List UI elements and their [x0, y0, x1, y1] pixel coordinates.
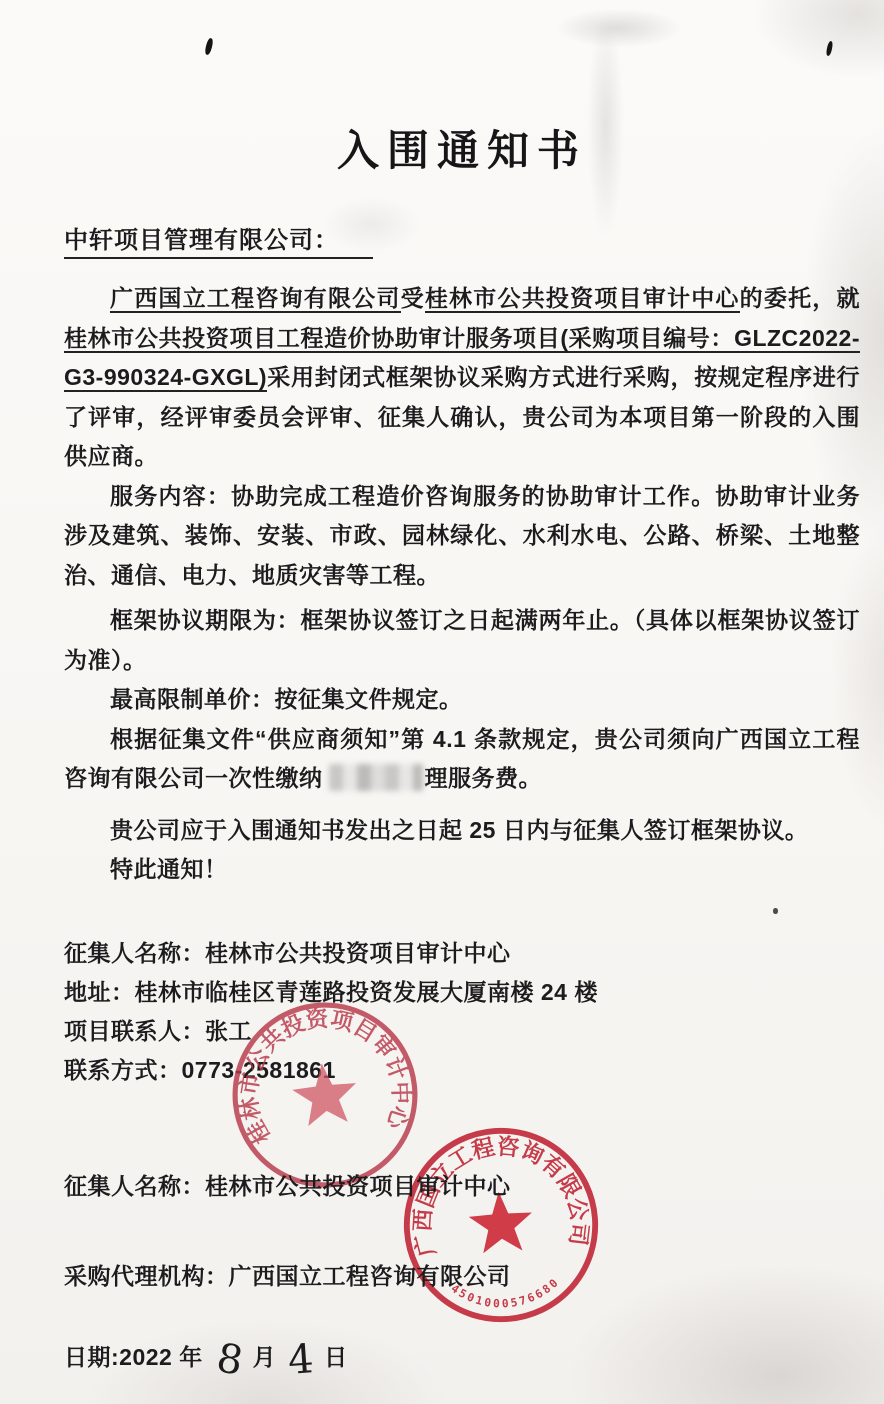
paragraph-service-scope: 服务内容：协助完成工程造价咨询服务的协助审计工作。协助审计业务涉及建筑、装饰、安…	[64, 477, 860, 596]
document-title: 入围通知书	[64, 118, 860, 178]
date-day-label: 日	[324, 1344, 348, 1370]
seal-star-icon	[290, 1060, 360, 1127]
paragraph-award: 广西国立工程咨询有限公司受桂林市公共投资项目审计中心的委托，就桂林市公共投资项目…	[64, 279, 860, 477]
paragraph-text: 理服务费。	[425, 765, 543, 791]
date-prefix: 日期:2022 年	[64, 1344, 203, 1370]
agency-name-underlined: 广西国立工程咨询有限公司	[110, 285, 401, 313]
paragraph-service-fee: 根据征集文件“供应商须知”第 4.1 条款规定，贵公司须向广西国立工程咨询有限公…	[64, 720, 860, 799]
document-body: 广西国立工程咨询有限公司受桂林市公共投资项目审计中心的委托，就桂林市公共投资项目…	[64, 279, 860, 890]
paragraph-price-limit: 最高限制单价：按征集文件规定。	[64, 680, 860, 720]
paragraph-sign-deadline: 贵公司应于入围通知书发出之日起 25 日内与征集人签订框架协议。	[64, 811, 860, 851]
contact-person-line: 项目联系人：张工	[64, 1012, 860, 1051]
paragraph-agreement-term: 框架协议期限为：框架协议签订之日起满两年止。（具体以框架协议签订为准）。	[64, 601, 860, 680]
collector-name-underlined: 桂林市公共投资项目审计中心	[425, 285, 740, 313]
recipient-company: 中轩项目管理有限公司：	[64, 227, 373, 259]
signature-collector-line: 征集人名称：桂林市公共投资项目审计中心	[64, 1168, 860, 1201]
contact-phone-line: 联系方式：0773-2581861	[64, 1051, 860, 1090]
paragraph-notice-close: 特此通知！	[64, 850, 860, 890]
redacted-amount-blur	[329, 764, 423, 791]
paragraph-text: 受	[401, 285, 425, 311]
signature-date-line: 日期:2022 年8月4日	[64, 1339, 860, 1372]
recipient-line: 中轩项目管理有限公司：	[64, 220, 860, 255]
handwritten-day-digit: 4	[288, 1349, 315, 1371]
scanned-notice-page: 入围通知书 中轩项目管理有限公司： 广西国立工程咨询有限公司受桂林市公共投资项目…	[0, 0, 884, 1404]
signature-agency-line: 采购代理机构：广西国立工程咨询有限公司	[64, 1258, 860, 1291]
paragraph-text: 的委托，就	[740, 285, 860, 311]
contact-address-line: 地址：桂林市临桂区青莲路投资发展大厦南楼 24 楼	[64, 973, 860, 1012]
contact-collector-line: 征集人名称：桂林市公共投资项目审计中心	[64, 934, 860, 973]
contact-block: 征集人名称：桂林市公共投资项目审计中心 地址：桂林市临桂区青莲路投资发展大厦南楼…	[64, 934, 860, 1090]
date-month-label: 月	[253, 1344, 277, 1370]
agency-official-seal: 广西国立工程咨询有限公司 4501000576680	[391, 1115, 611, 1335]
handwritten-month-digit: 8	[215, 1347, 244, 1371]
